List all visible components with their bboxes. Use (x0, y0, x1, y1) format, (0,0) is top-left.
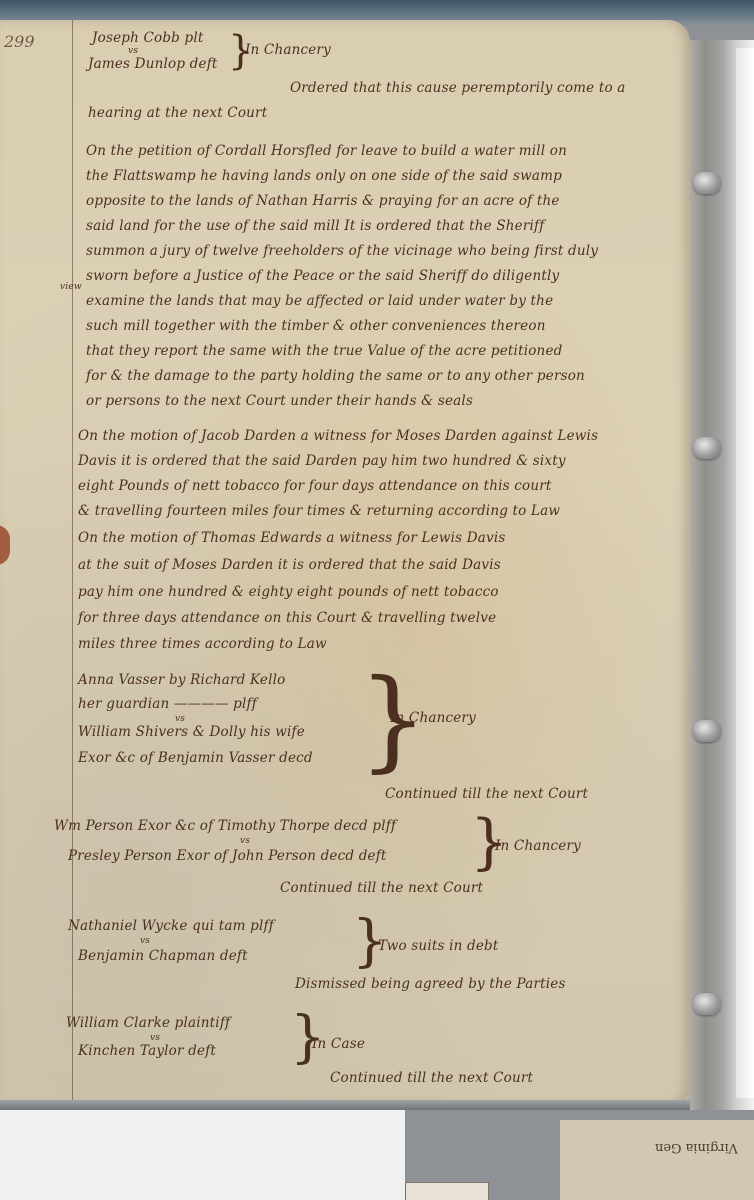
defendant: Kinchen Taylor deft (78, 1043, 216, 1059)
versus: vs (150, 1033, 160, 1043)
text-line: said land for the use of the said mill I… (86, 218, 544, 234)
text-line: miles three times according to Law (78, 636, 327, 652)
text-line: such mill together with the timber & oth… (86, 318, 546, 334)
underlying-paper (560, 1120, 754, 1200)
order: Continued till the next Court (280, 880, 483, 896)
margin-rule (72, 20, 73, 1100)
underlying-paper-text: Virginia Gen (655, 1140, 738, 1155)
defendant: Presley Person Exor of John Person decd … (68, 848, 387, 864)
text-line: summon a jury of twelve freeholders of t… (86, 243, 598, 259)
binder-ring-icon (693, 172, 721, 194)
court-type: In Chancery (390, 710, 476, 726)
margin-note: view (60, 282, 82, 292)
underlying-label (405, 1182, 489, 1200)
text-line: for three days attendance on this Court … (78, 610, 496, 626)
text-line: examine the lands that may be affected o… (86, 293, 553, 309)
defendant: James Dunlop deft (88, 56, 218, 72)
text-line: that they report the same with the true … (86, 343, 562, 359)
text-line: On the motion of Jacob Darden a witness … (78, 428, 598, 444)
sleeve-bottom-edge (0, 1100, 690, 1110)
defendant-line: Exor &c of Benjamin Vasser decd (78, 750, 313, 766)
binder-ring-icon (693, 437, 721, 459)
plaintiff: Wm Person Exor &c of Timothy Thorpe decd… (54, 818, 396, 834)
text-line: Davis it is ordered that the said Darden… (78, 453, 566, 469)
versus: vs (128, 46, 138, 56)
versus: vs (140, 936, 150, 946)
text-line: or persons to the next Court under their… (86, 393, 473, 409)
text-line: & travelling fourteen miles four times &… (78, 503, 560, 519)
order-line: Ordered that this cause peremptorily com… (290, 80, 626, 96)
text-line: On the petition of Cordall Horsfled for … (86, 143, 567, 159)
text-line: eight Pounds of nett tobacco for four da… (78, 478, 552, 494)
versus: vs (175, 714, 185, 724)
versus: vs (240, 836, 250, 846)
order: Continued till the next Court (385, 786, 588, 802)
defendant: Benjamin Chapman deft (78, 948, 248, 964)
text-line: pay him one hundred & eighty eight pound… (78, 584, 499, 600)
text-line: for & the damage to the party holding th… (86, 368, 585, 384)
plaintiff-line: Anna Vasser by Richard Kello (78, 672, 285, 688)
text-line: On the motion of Thomas Edwards a witnes… (78, 530, 506, 546)
table-surface (0, 1110, 405, 1200)
court-type: Two suits in debt (378, 938, 498, 954)
text-line: at the suit of Moses Darden it is ordere… (78, 557, 501, 573)
text-line: the Flattswamp he having lands only on o… (86, 168, 562, 184)
court-type: In Chancery (245, 42, 331, 58)
order-line: hearing at the next Court (88, 105, 267, 121)
court-type: In Chancery (495, 838, 581, 854)
text-line: sworn before a Justice of the Peace or t… (86, 268, 559, 284)
plaintiff: Nathaniel Wycke qui tam plff (68, 918, 274, 934)
plaintiff: William Clarke plaintiff (66, 1015, 230, 1031)
folio-number: 299 (4, 32, 35, 51)
court-type: In Case (312, 1036, 365, 1052)
text-line: opposite to the lands of Nathan Harris &… (86, 193, 560, 209)
order: Dismissed being agreed by the Parties (295, 976, 566, 992)
binder-ring-icon (693, 993, 721, 1015)
binder-sleeve-edge (736, 48, 754, 1098)
defendant-line: William Shivers & Dolly his wife (78, 724, 305, 740)
plaintiff-line: her guardian ———— plff (78, 696, 257, 712)
binder-ring-icon (693, 720, 721, 742)
order: Continued till the next Court (330, 1070, 533, 1086)
plaintiff: Joseph Cobb plt (92, 30, 204, 46)
